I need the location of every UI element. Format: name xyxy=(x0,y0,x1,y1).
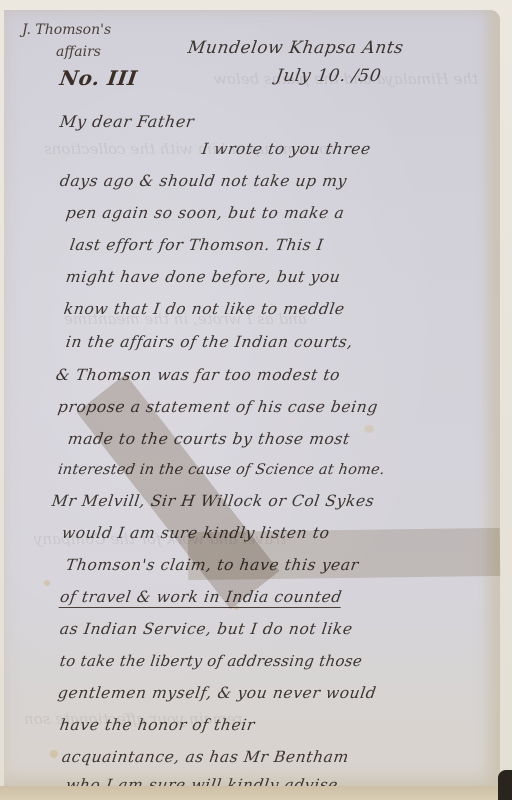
margin-note-line1: J. Thomson's xyxy=(22,22,111,38)
body-line: have the honor of their xyxy=(59,716,256,734)
body-line: to take the liberty of addressing those xyxy=(59,652,364,670)
body-line: as Indian Service, but I do not like xyxy=(59,620,354,638)
repair-tape-horizontal xyxy=(188,528,501,580)
letter-number: No. III xyxy=(58,66,139,90)
body-line: might have done before, but you xyxy=(65,268,342,286)
body-line: acquaintance, as has Mr Bentham xyxy=(61,748,350,766)
paper-edge xyxy=(482,10,500,786)
foxing-spot xyxy=(44,580,50,586)
foxing-spot xyxy=(50,750,58,758)
body-line: I wrote to you three xyxy=(201,140,372,158)
salutation: My dear Father xyxy=(59,112,196,131)
body-line: last effort for Thomson. This I xyxy=(69,236,325,254)
margin-note-line2: affairs xyxy=(56,44,101,60)
letter-place: Mundelow Khapsa Ants xyxy=(187,38,405,58)
body-line: gentlemen myself, & you never would xyxy=(57,684,378,702)
body-line-underlined: of travel & work in India counted xyxy=(59,588,344,608)
body-line: days ago & should not take up my xyxy=(59,172,348,190)
body-line: know that I do not like to meddle xyxy=(63,300,346,318)
body-line: interested in the cause of Science at ho… xyxy=(57,462,386,478)
binding-corner xyxy=(498,770,512,800)
body-line: pen again so soon, but to make a xyxy=(65,204,346,222)
body-line: & Thomson was far too modest to xyxy=(55,366,342,384)
mount-bottom-edge xyxy=(0,786,512,800)
body-line: in the affairs of the Indian courts, xyxy=(65,333,354,351)
letter-date: July 10. /50 xyxy=(275,66,383,86)
foxing-spot xyxy=(364,425,374,433)
